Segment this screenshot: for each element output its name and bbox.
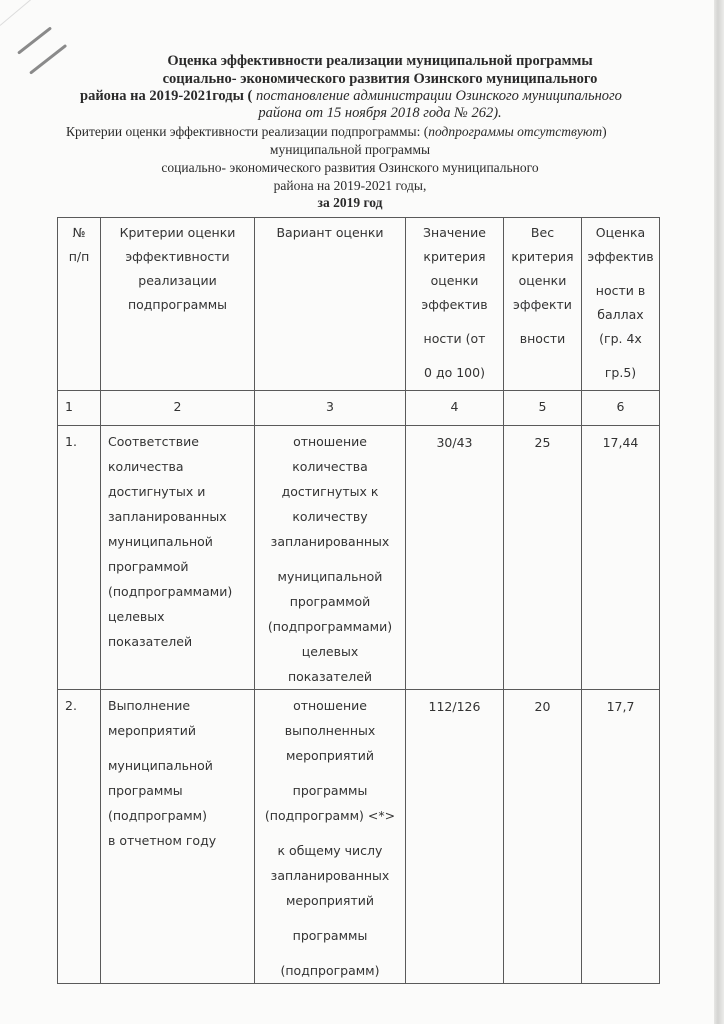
column-number: 3 <box>255 391 406 426</box>
text-line: 0 до 100) <box>406 361 503 385</box>
text-line: количества <box>255 454 405 479</box>
text-line: достигнутых к <box>255 479 405 504</box>
cell-text: 1 <box>58 391 100 420</box>
text-line: Значение <box>406 221 503 245</box>
line-gap <box>582 351 659 361</box>
cell-text: 2 <box>101 391 254 420</box>
text-line: эффектив <box>582 245 659 269</box>
cell-text: 30/43 <box>406 426 503 455</box>
text-line: запланированных <box>108 504 254 529</box>
cell-text: 25 <box>504 426 581 455</box>
document-title-line-1: Оценка эффективности реализации муниципа… <box>80 52 680 70</box>
row-method: отношениевыполненныхмероприятийпрограммы… <box>255 690 406 984</box>
text-line: показателей <box>255 664 405 689</box>
row-weight: 20 <box>504 690 582 984</box>
document-title-line-4: района от 15 ноября 2018 года № 262). <box>80 104 680 122</box>
row-criterion: Выполнениемероприятиймуниципальнойпрогра… <box>101 690 255 984</box>
criteria-note: подпрограммы отсутствуют <box>428 124 602 139</box>
column-number: 6 <box>582 391 660 426</box>
line-gap <box>255 948 405 958</box>
line-gap <box>255 828 405 838</box>
cell-text: 17,44 <box>582 426 659 455</box>
criteria-subtitle: Критерии оценки эффективности реализации… <box>66 123 706 140</box>
text-line: мероприятий <box>255 888 405 913</box>
text-line: отношение <box>255 693 405 718</box>
line-gap <box>406 351 503 361</box>
text-line: показателей <box>108 629 254 654</box>
text-line: (подпрограммами) <box>255 614 405 639</box>
text-line: программы <box>255 923 405 948</box>
cell-text: Соответствиеколичествадостигнутых изапла… <box>101 426 254 654</box>
criteria-suffix: ) <box>602 124 607 139</box>
text-line: Выполнение <box>108 693 254 718</box>
text-line: оценки <box>406 269 503 293</box>
row-value: 112/126 <box>406 690 504 984</box>
subtitle-line-3: района на 2019-2021 годы, <box>60 177 640 194</box>
line-gap <box>255 913 405 923</box>
text-line: запланированных <box>255 529 405 554</box>
text-line: программой <box>255 589 405 614</box>
cell-text: 17,7 <box>582 690 659 719</box>
text-line: вности <box>504 327 581 351</box>
cell-text: Значениекритерияоценкиэффективности (от0… <box>406 218 503 385</box>
text-line: целевых <box>108 604 254 629</box>
text-line: (подпрограмм) <*> <box>255 803 405 828</box>
table-row: 2. Выполнениемероприятиймуниципальнойпро… <box>58 690 660 984</box>
header-score: Оценкаэффективности вбаллах(гр. 4хгр.5) <box>582 218 660 391</box>
criteria-prefix: Критерии оценки эффективности реализации… <box>66 124 428 139</box>
text-line: баллах <box>582 303 659 327</box>
text-line: программой <box>108 554 254 579</box>
text-line: эффективности <box>101 245 254 269</box>
line-gap <box>582 269 659 279</box>
text-line: муниципальной <box>255 564 405 589</box>
text-line: (подпрограмм) <box>255 958 405 983</box>
text-line: оценки <box>504 269 581 293</box>
row-score: 17,44 <box>582 426 660 690</box>
text-line: (подпрограмм) <box>108 803 254 828</box>
cell-text: 4 <box>406 391 503 420</box>
criteria-table: №п/п Критерии оценкиэффективностиреализа… <box>57 217 660 984</box>
text-line: Вес <box>504 221 581 245</box>
table-row: 1. Соответствиеколичествадостигнутых иза… <box>58 426 660 690</box>
title-period: района на 2019-2021годы ( <box>80 88 252 104</box>
line-gap <box>255 768 405 778</box>
text-line: запланированных <box>255 863 405 888</box>
text-line: эффекти <box>504 293 581 317</box>
cell-text: 2. <box>58 690 100 718</box>
text-line: количества <box>108 454 254 479</box>
column-number: 5 <box>504 391 582 426</box>
line-gap <box>504 317 581 327</box>
text-line: выполненных <box>255 718 405 743</box>
cell-text: Вескритерияоценкиэффективности <box>504 218 581 351</box>
cell-text: 6 <box>582 391 659 420</box>
text-line: программы <box>108 778 254 803</box>
cell-text: отношениевыполненныхмероприятийпрограммы… <box>255 690 405 983</box>
document-title-line-3: района на 2019-2021годы ( постановление … <box>80 87 680 105</box>
text-line: в отчетном году <box>108 828 254 853</box>
line-gap <box>255 554 405 564</box>
cell-text: Критерии оценкиэффективностиреализациипо… <box>101 218 254 317</box>
subtitle-line-1: муниципальной программы <box>60 141 640 158</box>
text-line: муниципальной <box>108 529 254 554</box>
cell-text: 20 <box>504 690 581 719</box>
text-line: отношение <box>255 429 405 454</box>
row-number: 1. <box>58 426 101 690</box>
text-line: реализации <box>101 269 254 293</box>
cell-text: №п/п <box>58 218 100 269</box>
column-number: 1 <box>58 391 101 426</box>
text-line: Соответствие <box>108 429 254 454</box>
header-value: Значениекритерияоценкиэффективности (от0… <box>406 218 504 391</box>
cell-text: 3 <box>255 391 405 420</box>
header-method: Вариант оценки <box>255 218 406 391</box>
text-line: эффектив <box>406 293 503 317</box>
text-line: мероприятий <box>255 743 405 768</box>
reporting-period: за 2019 год <box>60 194 640 211</box>
row-method: отношениеколичествадостигнутых кколичест… <box>255 426 406 690</box>
cell-text: Вариант оценки <box>255 218 405 245</box>
row-value: 30/43 <box>406 426 504 690</box>
row-number: 2. <box>58 690 101 984</box>
text-line: Оценка <box>582 221 659 245</box>
subtitle-line-2: социально- экономического развития Озинс… <box>60 159 640 176</box>
text-line: п/п <box>58 245 100 269</box>
column-number-row: 1 2 3 4 5 6 <box>58 391 660 426</box>
text-line: целевых <box>255 639 405 664</box>
text-line: Критерии оценки <box>101 221 254 245</box>
text-line: критерия <box>504 245 581 269</box>
header-number: №п/п <box>58 218 101 391</box>
line-gap <box>108 743 254 753</box>
cell-text: 5 <box>504 391 581 420</box>
row-criterion: Соответствиеколичествадостигнутых изапла… <box>101 426 255 690</box>
document-title-line-2: социально- экономического развития Озинс… <box>80 70 680 88</box>
text-line: ности (от <box>406 327 503 351</box>
header-weight: Вескритерияоценкиэффективности <box>504 218 582 391</box>
text-line: № <box>58 221 100 245</box>
text-line: подпрограммы <box>101 293 254 317</box>
text-line: критерия <box>406 245 503 269</box>
text-line: гр.5) <box>582 361 659 385</box>
row-score: 17,7 <box>582 690 660 984</box>
text-line: достигнутых и <box>108 479 254 504</box>
cell-text: Выполнениемероприятиймуниципальнойпрогра… <box>101 690 254 853</box>
title-decree-reference: постановление администрации Озинского му… <box>252 88 622 104</box>
table-header-row: №п/п Критерии оценкиэффективностиреализа… <box>58 218 660 391</box>
scanner-edge <box>714 0 724 1024</box>
text-line: муниципальной <box>108 753 254 778</box>
column-number: 2 <box>101 391 255 426</box>
row-weight: 25 <box>504 426 582 690</box>
line-gap <box>406 317 503 327</box>
text-line: (подпрограммами) <box>108 579 254 604</box>
cell-text: отношениеколичествадостигнутых кколичест… <box>255 426 405 689</box>
header-criterion: Критерии оценкиэффективностиреализациипо… <box>101 218 255 391</box>
text-line: к общему числу <box>255 838 405 863</box>
cell-text: 112/126 <box>406 690 503 719</box>
text-line: программы <box>255 778 405 803</box>
text-line: ности в <box>582 279 659 303</box>
text-line: количеству <box>255 504 405 529</box>
text-line: (гр. 4х <box>582 327 659 351</box>
column-number: 4 <box>406 391 504 426</box>
cell-text: 1. <box>58 426 100 454</box>
cell-text: Оценкаэффективности вбаллах(гр. 4хгр.5) <box>582 218 659 385</box>
text-line: мероприятий <box>108 718 254 743</box>
text-line: Вариант оценки <box>255 221 405 245</box>
